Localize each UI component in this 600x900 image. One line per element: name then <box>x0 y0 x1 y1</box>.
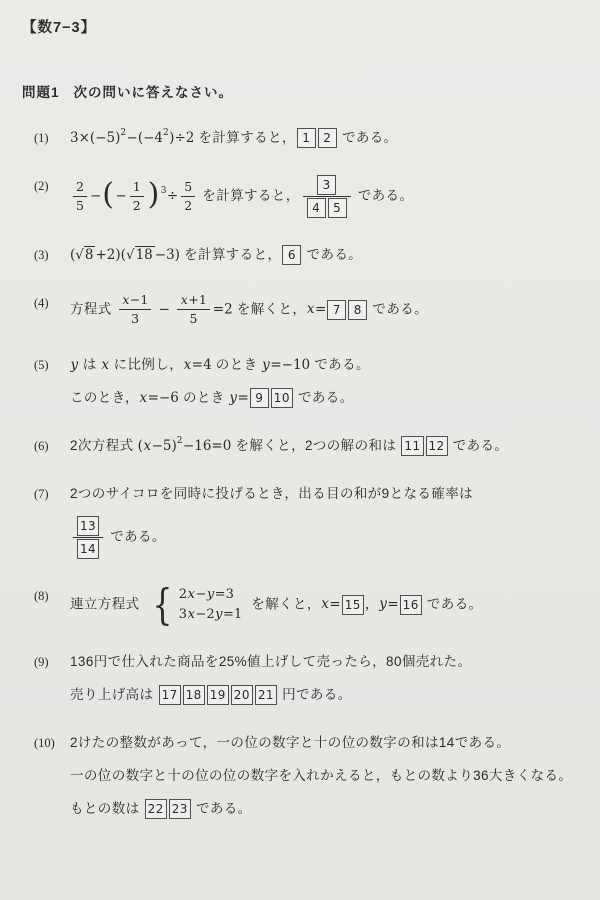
page-title: 【数7−3】 <box>22 18 578 38</box>
exponent: 2 <box>163 128 169 138</box>
question-number: (3) <box>34 244 70 266</box>
question-number: (8) <box>34 585 70 607</box>
sqrt-expression: √8 <box>75 246 95 263</box>
question-10: (10)2けたの整数があって，一の位の数字と十の位の数字の和は14である。一の位… <box>34 732 578 820</box>
math-expression: − <box>90 188 101 204</box>
exponent: 2 <box>120 128 126 138</box>
text: を計算すると， <box>194 130 295 145</box>
math-expression: 3 <box>119 309 152 327</box>
answer-box-20: 20 <box>231 685 253 705</box>
question-body: 2けたの整数があって，一の位の数字と十の位の数字の和は14である。一の位の数字と… <box>70 732 578 820</box>
text: のとき <box>212 357 262 372</box>
question-body: 3×(−5)2−(−42)÷2 を計算すると，12 である。 <box>70 127 578 149</box>
question-4: (4)方程式 x−13 − x+15=2 を解くと，x=78 である。 <box>34 292 578 328</box>
fraction-denominator: 14 <box>73 537 103 559</box>
question-number: (9) <box>34 651 70 673</box>
answer-box-15: 15 <box>342 595 364 615</box>
question-number: (2) <box>34 175 70 197</box>
math-expression: x=−6 <box>139 390 179 406</box>
text: を解くと， <box>233 301 307 316</box>
question-line: 一の位の数字と十の位の位の数字を入れかえると，もとの数より36大きくなる。 <box>70 765 578 787</box>
text: である。 <box>449 438 509 453</box>
text: を解くと， <box>247 596 321 611</box>
answer-box-6: 6 <box>282 245 301 265</box>
text: 売り上げ高は <box>70 687 158 702</box>
text: 一の位の数字と十の位の位の数字を入れかえると，もとの数より36大きくなる。 <box>70 768 572 783</box>
answer-box-1: 1 <box>297 128 316 148</box>
text: 136円で仕入れた商品を25%値上げして売ったら，80個売れた。 <box>70 654 471 669</box>
math-expression: 2x−y=3 <box>179 585 242 605</box>
question-number: (1) <box>34 127 70 149</box>
answer-box-16: 16 <box>400 595 422 615</box>
math-expression: −3) <box>155 247 180 263</box>
math-expression: 5 <box>73 196 87 214</box>
math-expression: 3x−2y=1 <box>179 605 242 625</box>
math-expression: y= <box>229 390 249 406</box>
question-body: 136円で仕入れた商品を25%値上げして売ったら，80個売れた。売り上げ高は 1… <box>70 651 578 706</box>
question-number: (5) <box>34 354 70 376</box>
math-expression: y=−10 <box>262 357 310 373</box>
radical-icon: √ <box>126 247 135 263</box>
question-body: 25−(−12)3÷52 を計算すると，345 である。 <box>70 175 578 218</box>
math-expression: ÷ <box>167 188 178 204</box>
question-body: (√8+2)(√18−3) を計算すると，6 である。 <box>70 244 578 266</box>
question-line: y は x に比例し，x=4 のとき y=−10 である。 <box>70 354 578 376</box>
answer-box-3: 3 <box>317 175 336 195</box>
answer-box-19: 19 <box>207 685 229 705</box>
answer-box-9: 9 <box>250 388 269 408</box>
fraction-denominator: 45 <box>303 196 351 218</box>
question-line: 連立方程式 {2x−y=33x−2y=1 を解くと，x=15，y=16 である。 <box>70 585 578 625</box>
text: を計算すると， <box>180 247 281 262</box>
question-number: (6) <box>34 435 70 457</box>
question-6: (6)2次方程式 (x−5)2−16=0 を解くと，2つの解の和は 1112 で… <box>34 435 578 457</box>
math-expression: x−1 <box>119 292 152 309</box>
answer-box-23: 23 <box>169 799 191 819</box>
problem-label: 問題1 <box>22 85 60 100</box>
text: 2けたの整数があって，一の位の数字と十の位の数字の和は14である。 <box>70 735 510 750</box>
fraction-numerator: 3 <box>303 175 351 196</box>
paren: ( <box>101 177 115 212</box>
math-expression: 2 <box>130 196 144 214</box>
text: である。 <box>338 130 398 145</box>
math-expression: − <box>154 301 174 317</box>
exponent: 2 <box>177 436 183 446</box>
question-line: 2つのサイコロを同時に投げるとき，出る目の和が9となる確率は <box>70 483 578 505</box>
text: 2つのサイコロを同時に投げるとき，出る目の和が9となる確率は <box>70 486 473 501</box>
math-expression: x= <box>321 596 341 612</box>
paren: ) <box>147 177 161 212</box>
question-line: 方程式 x−13 − x+15=2 を解くと，x=78 である。 <box>70 292 578 328</box>
text: を計算すると， <box>198 188 299 203</box>
answer-box-12: 12 <box>426 436 448 456</box>
answer-box-2: 2 <box>318 128 337 148</box>
question-number: (4) <box>34 292 70 314</box>
text: 円である。 <box>278 687 352 702</box>
math-expression: −16=0 <box>183 438 231 454</box>
question-line: (√8+2)(√18−3) を計算すると，6 である。 <box>70 244 578 266</box>
answer-box-11: 11 <box>401 436 423 456</box>
radicand: 8 <box>84 246 96 263</box>
answer-box-18: 18 <box>183 685 205 705</box>
math-expression: 5 <box>177 309 210 327</box>
question-line: 2次方程式 (x−5)2−16=0 を解くと，2つの解の和は 1112 である。 <box>70 435 578 457</box>
exponent: 3 <box>161 186 167 196</box>
fraction: 52 <box>181 179 195 215</box>
answer-box-8: 8 <box>348 300 367 320</box>
question-body: 連立方程式 {2x−y=33x−2y=1 を解くと，x=15，y=16 である。 <box>70 585 578 625</box>
math-expression: (x−5) <box>138 438 177 454</box>
question-5: (5)y は x に比例し，x=4 のとき y=−10 である。このとき，x=−… <box>34 354 578 409</box>
question-1: (1)3×(−5)2−(−42)÷2 を計算すると，12 である。 <box>34 127 578 149</box>
question-line: このとき，x=−6 のとき y=910 である。 <box>70 387 578 409</box>
answer-box-13: 13 <box>77 516 99 536</box>
question-3: (3)(√8+2)(√18−3) を計算すると，6 である。 <box>34 244 578 266</box>
text: 方程式 <box>70 301 116 316</box>
math-expression: x+1 <box>177 292 210 309</box>
math-expression: y= <box>379 596 399 612</box>
question-body: 方程式 x−13 − x+15=2 を解くと，x=78 である。 <box>70 292 578 328</box>
question-line: 1314 である。 <box>70 516 578 559</box>
text: である。 <box>354 188 414 203</box>
question-list: (1)3×(−5)2−(−42)÷2 を計算すると，12 である。(2)25−(… <box>34 127 578 820</box>
radicand: 18 <box>135 246 155 263</box>
text: 連立方程式 <box>70 596 144 611</box>
text: このとき， <box>70 390 139 405</box>
scanned-test-page: 【数7−3】 問題1次の問いに答えなさい。 (1)3×(−5)2−(−42)÷2… <box>0 0 600 900</box>
question-9: (9)136円で仕入れた商品を25%値上げして売ったら，80個売れた。売り上げ高… <box>34 651 578 706</box>
fraction: 25 <box>73 179 87 215</box>
text: である。 <box>106 529 166 544</box>
question-line: 25−(−12)3÷52 を計算すると，345 である。 <box>70 175 578 218</box>
answer-box-10: 10 <box>271 388 293 408</box>
question-line: 136円で仕入れた商品を25%値上げして売ったら，80個売れた。 <box>70 651 578 673</box>
math-expression: 5 <box>181 179 195 196</box>
math-expression: 1 <box>130 179 144 196</box>
answer-box-7: 7 <box>327 300 346 320</box>
math-expression: −(−4 <box>127 130 164 146</box>
question-number: (10) <box>34 732 70 754</box>
sqrt-expression: √18 <box>126 246 155 263</box>
system-of-equations: {2x−y=33x−2y=1 <box>149 585 242 625</box>
text: ， <box>365 596 379 611</box>
text: のとき <box>179 390 229 405</box>
text: に比例し， <box>109 357 183 372</box>
fraction: x+15 <box>177 292 210 328</box>
question-line: 3×(−5)2−(−42)÷2 を計算すると，12 である。 <box>70 127 578 149</box>
question-line: 売り上げ高は 1718192021 円である。 <box>70 684 578 706</box>
problem-instruction: 次の問いに答えなさい。 <box>74 85 234 100</box>
question-line: 2けたの整数があって，一の位の数字と十の位の数字の和は14である。 <box>70 732 578 754</box>
math-expression: +2)( <box>95 247 125 263</box>
answer-box-17: 17 <box>159 685 181 705</box>
question-body: 2つのサイコロを同時に投げるとき，出る目の和が9となる確率は1314 である。 <box>70 483 578 559</box>
text: である。 <box>192 801 252 816</box>
answer-box-21: 21 <box>255 685 277 705</box>
answer-box-4: 4 <box>307 198 326 218</box>
answer-fraction: 345 <box>303 175 351 218</box>
question-line: もとの数は 2223 である。 <box>70 798 578 820</box>
radical-icon: √ <box>75 247 84 263</box>
question-body: y は x に比例し，x=4 のとき y=−10 である。このとき，x=−6 の… <box>70 354 578 409</box>
question-7: (7)2つのサイコロを同時に投げるとき，出る目の和が9となる確率は1314 であ… <box>34 483 578 559</box>
text: である。 <box>423 596 483 611</box>
math-expression: x=4 <box>183 357 212 373</box>
question-2: (2)25−(−12)3÷52 を計算すると，345 である。 <box>34 175 578 218</box>
brace-icon: { <box>152 586 172 624</box>
text: である。 <box>368 301 428 316</box>
text: である。 <box>294 390 354 405</box>
text: を解くと，2つの解の和は <box>231 438 400 453</box>
math-expression: 2 <box>73 179 87 196</box>
math-expression: 2 <box>181 196 195 214</box>
math-expression: x= <box>306 301 326 317</box>
fraction-numerator: 13 <box>73 516 103 537</box>
text: は <box>79 357 101 372</box>
math-expression: =2 <box>213 301 233 317</box>
answer-fraction: 1314 <box>73 516 103 559</box>
math-expression: 3×(−5) <box>70 130 120 146</box>
text: もとの数は <box>70 801 144 816</box>
math-expression: y <box>70 357 79 373</box>
question-body: 2次方程式 (x−5)2−16=0 を解くと，2つの解の和は 1112 である。 <box>70 435 578 457</box>
fraction: x−13 <box>119 292 152 328</box>
answer-box-5: 5 <box>328 198 347 218</box>
text: である。 <box>310 357 370 372</box>
question-number: (7) <box>34 483 70 505</box>
problem-heading: 問題1次の問いに答えなさい。 <box>22 82 578 103</box>
answer-box-14: 14 <box>77 539 99 559</box>
text: である。 <box>302 247 362 262</box>
answer-box-22: 22 <box>145 799 167 819</box>
math-expression: − <box>115 188 126 204</box>
math-expression: )÷2 <box>169 130 194 146</box>
fraction: 12 <box>130 179 144 215</box>
question-8: (8)連立方程式 {2x−y=33x−2y=1 を解くと，x=15，y=16 で… <box>34 585 578 625</box>
text: 2次方程式 <box>70 438 138 453</box>
